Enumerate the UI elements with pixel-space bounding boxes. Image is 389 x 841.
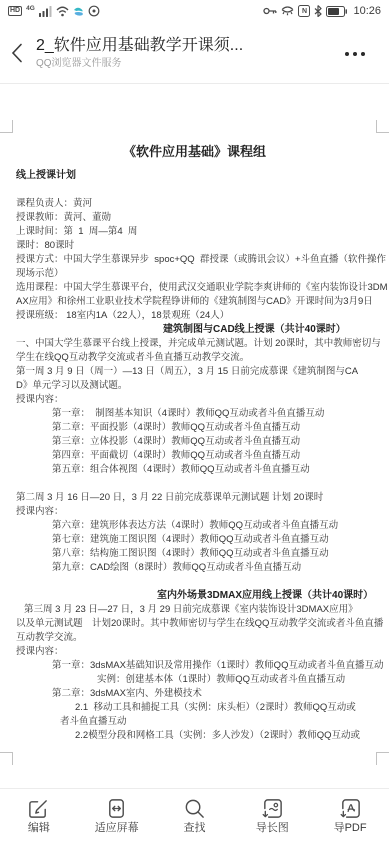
bluetooth-icon: [314, 5, 322, 17]
doc-line: [16, 477, 373, 491]
find-button[interactable]: 查找: [156, 789, 234, 841]
document-viewport[interactable]: 《软件应用基础》课程组线上授课计划 课程负责人：黄河授课教师：黄河、董勋上课时间…: [0, 84, 389, 787]
doc-line: 授课内容：: [16, 505, 373, 519]
doc-line: 第二周 3 月 16 日—20 日，3 月 22 日前完成慕课单元测试题 计划 …: [16, 491, 373, 505]
export-long-image-button[interactable]: 导长图: [233, 789, 311, 841]
doc-line: 第七章：建筑施工图识图（4课时）教师QQ互动或者斗鱼直播互动: [16, 533, 373, 547]
toolbar-label: 导长图: [256, 822, 289, 834]
more-menu-button[interactable]: [343, 46, 367, 62]
battery-icon: [326, 6, 347, 17]
app-header: 2_软件应用基础教学开课须... QQ浏览器文件服务: [0, 22, 389, 84]
nfc-icon: N: [298, 5, 310, 17]
hd-icon: HD: [8, 6, 22, 16]
export-pdf-button[interactable]: 导PDF: [311, 789, 389, 841]
chevron-left-icon: [11, 43, 23, 63]
vpn-key-icon: [263, 6, 277, 16]
doc-line: 第九章：CAD绘图（8课时）教师QQ互动或者斗鱼直播互动: [16, 561, 373, 575]
doc-line: 授课教师：黄河、董勋: [16, 211, 373, 225]
doc-line: 第六章：建筑形体表达方法（4课时）教师QQ互动或者斗鱼直播互动: [16, 519, 373, 533]
doc-line: 者斗鱼直播互动: [16, 715, 373, 729]
doc-line: 授课内容：: [16, 645, 373, 659]
page-corner-mark: [376, 120, 389, 133]
doc-line: 第二章：平面投影（4课时）教师QQ互动或者斗鱼直播互动: [16, 421, 373, 435]
eye-comfort-icon: [281, 6, 294, 17]
dot: [345, 52, 349, 56]
doc-line: 一、中国大学生慕课平台线上授课，并完成单元测试题。计划 20课时，其中教师密切与: [16, 337, 373, 351]
doc-line: 建筑制图与CAD线上授课（共计40课时）: [16, 323, 373, 337]
toolbar-label: 查找: [183, 822, 205, 834]
doc-line: 第五章：组合体视图（4课时）教师QQ互动或者斗鱼直播互动: [16, 463, 373, 477]
toolbar-label: 导PDF: [334, 822, 367, 834]
doc-line: [16, 183, 373, 197]
back-button[interactable]: [0, 30, 34, 76]
doc-line: D》单元学习以及测试题。: [16, 379, 373, 393]
search-icon: [183, 797, 206, 820]
header-text: 2_软件应用基础教学开课须... QQ浏览器文件服务: [36, 36, 243, 70]
status-time: 10:26: [353, 5, 381, 17]
doc-line: 实例：创建基本体（1课时）教师QQ互动或者斗鱼直播互动: [16, 673, 373, 687]
doc-line: 互动教学交流。: [16, 631, 373, 645]
signal-strength-icon: [39, 6, 52, 17]
doc-line: 室内外场景3DMAX应用线上授课（共计40课时）: [16, 589, 373, 603]
doc-line: [16, 575, 373, 589]
doc-line: 学生在线QQ互动教学交流或者斗鱼直播互动教学交流。: [16, 351, 373, 365]
doc-line: 线上授课计划: [16, 169, 373, 183]
doc-line: 选用课程：中国大学生慕课平台，使用武汉交通职业学院李爽讲师的《室内装饰设计3DM: [16, 281, 373, 295]
doc-line: 第三周 3 月 23 日—27 日，3 月 29 日前完成慕课《室内装饰设计3D…: [16, 603, 373, 617]
doc-line: 第一章：3dsMAX基础知识及常用操作（1课时）教师QQ互动或者斗鱼直播互动: [16, 659, 373, 673]
doc-line: 第三章：立体投影（4课时）教师QQ互动或者斗鱼直播互动: [16, 435, 373, 449]
fit-screen-button[interactable]: 适应屏幕: [78, 789, 156, 841]
dot: [361, 52, 365, 56]
doc-line: 第一周 3 月 9 日（周一）—13 日（周五），3 月 15 日前完成慕课《建…: [16, 365, 373, 379]
voice-assistant-icon: [73, 6, 84, 17]
fit-screen-icon: [105, 797, 128, 820]
file-source-subtitle: QQ浏览器文件服务: [36, 57, 243, 70]
doc-line: 课程负责人：黄河: [16, 197, 373, 211]
bottom-toolbar: 编辑 适应屏幕 查找 导长图 导PDF: [0, 788, 389, 841]
doc-line: 2.2模型分段和网格工具（实例：多人沙发）（2课时）教师QQ互动或: [16, 729, 373, 743]
doc-line: 现场示范）: [16, 267, 373, 281]
page-corner-mark: [0, 752, 13, 765]
export-long-image-icon: [261, 797, 284, 820]
doc-line: 授课班级： 18室内1A（22人），18景观班（24人）: [16, 309, 373, 323]
file-title: 2_软件应用基础教学开课须...: [36, 36, 243, 56]
edit-button[interactable]: 编辑: [0, 789, 78, 841]
document-body: 《软件应用基础》课程组线上授课计划 课程负责人：黄河授课教师：黄河、董勋上课时间…: [16, 144, 373, 743]
doc-line: 授课内容：: [16, 393, 373, 407]
doc-line: 课时：80课时: [16, 239, 373, 253]
dot: [353, 52, 357, 56]
toolbar-label: 编辑: [28, 822, 50, 834]
doc-line: 上课时间：第 1 周—第4 周: [16, 225, 373, 239]
doc-line: 第四章：平面截切（4课时）教师QQ互动或者斗鱼直播互动: [16, 449, 373, 463]
page-corner-mark: [376, 752, 389, 765]
doc-line: 2.1 移动工具和捕捉工具（实例：床头柜）（2课时）教师QQ互动或: [16, 701, 373, 715]
page-corner-mark: [0, 120, 13, 133]
screen-record-icon: [88, 5, 100, 17]
status-bar: HD 4G N 10:26: [0, 0, 389, 22]
doc-line: AX应用》和徐州工业职业技术学院程铮讲师的《建筑制图与CAD》开课时间为3月9日: [16, 295, 373, 309]
edit-icon: [27, 797, 50, 820]
doc-line: 第二章：3dsMAX室内、外建模技术: [16, 687, 373, 701]
doc-line: 第一章： 制图基本知识（4课时）教师QQ互动或者斗鱼直播互动: [16, 407, 373, 421]
network-type-label: 4G: [26, 5, 35, 12]
toolbar-label: 适应屏幕: [95, 822, 139, 834]
doc-line: 以及单元测试题 计划20课时。其中教师密切与学生在线QQ互动教学交流或者斗鱼直播: [16, 617, 373, 631]
export-pdf-icon: [339, 797, 362, 820]
doc-line: 第八章：结构施工图识图（4课时）教师QQ互动或者斗鱼直播互动: [16, 547, 373, 561]
wifi-icon: [56, 6, 69, 17]
doc-line: 授课方式：中国大学生慕课异步 spoc+QQ 群授课（或腾讯会议）+斗鱼直播（软…: [16, 253, 373, 267]
doc-line: 《软件应用基础》课程组: [16, 144, 373, 160]
